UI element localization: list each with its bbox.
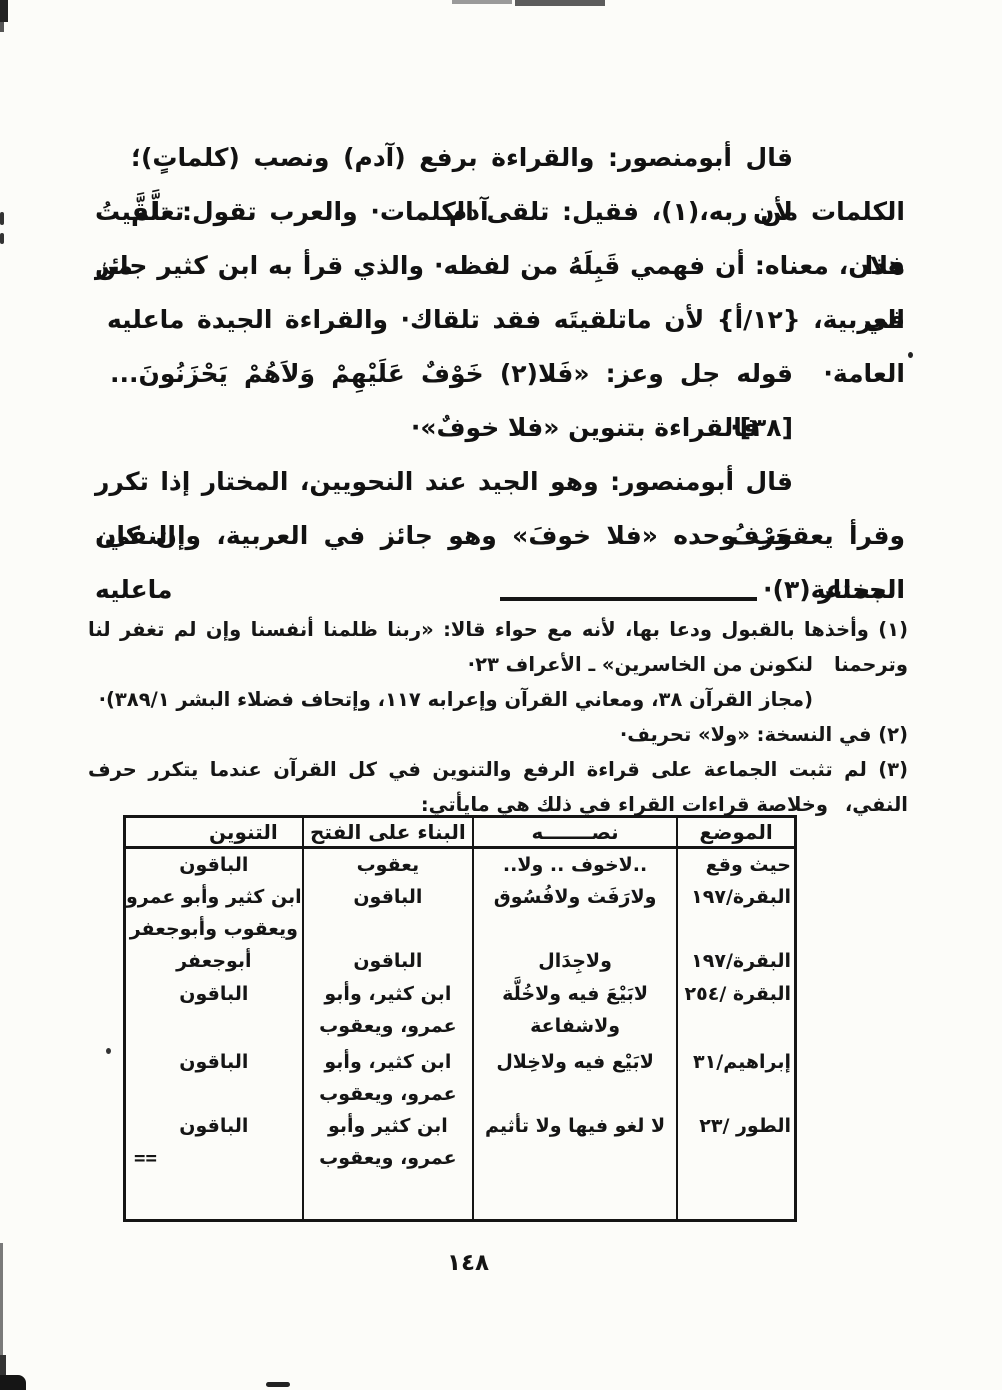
cell-line: الباقون xyxy=(304,945,472,977)
scan-artifact xyxy=(106,1048,111,1054)
text-line: قال أبومنصور: والقراءة برفع (آدم) ونصب (… xyxy=(95,131,905,185)
cell-line: الباقون xyxy=(126,1046,302,1078)
scan-artifact xyxy=(0,212,4,225)
footnote-line: لنكونن من الخاسرين» ـ الأعراف ٢٣· xyxy=(88,647,908,682)
table-column-text: نصـــــــه ..لاخوف .. ولا.. ولارَفَث ولا… xyxy=(472,818,676,1219)
cell-line: البقرة/١٩٧ xyxy=(678,881,794,913)
table-cell: ولارَفَث ولافُسُوق xyxy=(474,881,676,945)
table-cell: البقرة/١٩٧ xyxy=(678,881,794,945)
table-cell: الباقون xyxy=(126,849,302,881)
scanned-book-page: قال أبومنصور: والقراءة برفع (آدم) ونصب (… xyxy=(0,0,1002,1390)
table-cell: ابن كثير، وأبو عمرو، ويعقوب xyxy=(304,978,472,1046)
cell-line: ابن كثير، وأبو xyxy=(304,1046,472,1078)
table-cell: حيث وقع xyxy=(678,849,794,881)
table-cell: الباقون xyxy=(126,1046,302,1110)
cell-line: عمرو، ويعقوب xyxy=(304,1142,472,1174)
footnote-line: (٣) لم تثبت الجماعة على قراءة الرفع والت… xyxy=(88,752,908,787)
scan-artifact xyxy=(908,352,913,358)
text-line: الكلمات من ربه،(١)، فقيل: تلقى الكلمات· … xyxy=(95,185,905,239)
cell-line: البقرة /٢٥٤ xyxy=(678,978,794,1010)
cell-line: لابَيْعَ فيه ولاخُلَّة xyxy=(474,978,676,1010)
cell-line: الباقون xyxy=(126,978,302,1010)
table-cell: لابَيْعَ فيه ولاخُلَّة ولاشفاعة xyxy=(474,978,676,1046)
table-cell: ابن كثير، وأبو عمرو، ويعقوب xyxy=(304,1046,472,1110)
cell-line: حيث وقع xyxy=(678,849,794,881)
table-cell: يعقوب xyxy=(304,849,472,881)
cell-line: عمرو، ويعقوب xyxy=(304,1078,472,1110)
table-cell: البقرة/١٩٧ xyxy=(678,945,794,978)
cell-line: البقرة/١٩٧ xyxy=(678,945,794,977)
cell-line: الباقون xyxy=(126,1110,302,1142)
table-cell: لا لغو فيها ولا تأثيم xyxy=(474,1110,676,1219)
table-header-text: نصـــــــه xyxy=(474,818,676,849)
cell-line: ولاجِدَال xyxy=(474,945,676,977)
page-number: ١٤٨ xyxy=(438,1250,498,1276)
text-line: قال أبومنصور: وهو الجيد عند النحويين، ال… xyxy=(95,455,905,509)
footnote-line: (٢) في النسخة: «ولا» تحريف· xyxy=(88,717,908,752)
table-header-fath: البناء على الفتح xyxy=(304,818,472,849)
table-column-tanwin: التنوين الباقون ابن كثير وأبو عمرو ويعقو… xyxy=(126,818,302,1219)
table-cell: الباقون xyxy=(126,978,302,1046)
cell-line: ..لاخوف .. ولا.. xyxy=(474,849,676,881)
table-cell: لابَيْع فيه ولاخِلال xyxy=(474,1046,676,1110)
scan-artifact xyxy=(0,0,8,22)
table-cell: ولاجِدَال xyxy=(474,945,676,978)
cell-line: ولارَفَث ولافُسُوق xyxy=(474,881,676,913)
qiraat-table: الموضع حيث وقع البقرة/١٩٧ البقرة/١٩٧ الب… xyxy=(123,815,797,1222)
table-cell: الباقون xyxy=(304,945,472,978)
cell-line: ابن كثير وأبو xyxy=(304,1110,472,1142)
table-cell: ابن كثير وأبو عمرو، ويعقوب xyxy=(304,1110,472,1219)
scan-artifact xyxy=(515,0,605,6)
verse-line: قوله جل وعز: «فَلا(٢) خَوْفٌ عَلَيْهِمْ … xyxy=(95,347,905,401)
table-cell: أبوجعفر xyxy=(126,945,302,978)
table-cell: ابن كثير وأبو عمرو ويعقوب وأبوجعفر xyxy=(126,881,302,945)
cell-line: ابن كثير، وأبو xyxy=(304,978,472,1010)
cell-line: الباقون xyxy=(126,849,302,881)
cell-line: يعقوب xyxy=(304,849,472,881)
table-cell: الباقون xyxy=(304,881,472,945)
table-column-fath: البناء على الفتح يعقوب الباقون الباقون ا… xyxy=(302,818,472,1219)
table-cell: إبراهيم/٣١ xyxy=(678,1046,794,1110)
table-cell: الطور /٢٣ xyxy=(678,1110,794,1219)
scan-artifact xyxy=(452,0,512,4)
cell-line: ويعقوب وأبوجعفر xyxy=(126,913,302,945)
main-text-block: قال أبومنصور: والقراءة برفع (آدم) ونصب (… xyxy=(95,131,905,617)
scan-artifact xyxy=(0,22,4,32)
cell-line: ابن كثير وأبو عمرو xyxy=(126,881,302,913)
footnote-line: (١) وأخذها بالقبول ودعا بها، لأنه مع حوا… xyxy=(88,612,908,647)
footnote-separator xyxy=(500,597,757,601)
footnote-reference-line: (مجاز القرآن ٣٨، ومعاني القرآن وإعرابه ١… xyxy=(88,682,908,717)
text-line: وقرأ يعقوب وحده «فلا خوفَ» وهو جائز في ا… xyxy=(95,509,905,563)
cell-line: إبراهيم/٣١ xyxy=(678,1046,794,1078)
cell-line: الباقون xyxy=(304,881,472,913)
table-cell: الباقون == xyxy=(126,1110,302,1219)
scan-artifact xyxy=(266,1382,290,1387)
text-line-folio-marker: العربية، ⁦{١٢/أ}⁩ لأن ماتلقيتَه فقد تلقا… xyxy=(95,293,905,347)
cell-line: أبوجعفر xyxy=(126,945,302,977)
cell-line: لابَيْع فيه ولاخِلال xyxy=(474,1046,676,1078)
continuation-mark: == xyxy=(126,1142,302,1174)
cell-line: عمرو، ويعقوب xyxy=(304,1010,472,1042)
table-column-place: الموضع حيث وقع البقرة/١٩٧ البقرة/١٩٧ الب… xyxy=(676,818,794,1219)
table-header-tanwin: التنوين xyxy=(126,818,302,849)
text-line: فلان، معناه: أن فهمي قَبِلَهُ من لفظه· و… xyxy=(95,239,905,293)
table-cell: البقرة /٢٥٤ xyxy=(678,978,794,1046)
cell-line: ولاشفاعة xyxy=(474,1010,676,1042)
cell-line: لا لغو فيها ولا تأثيم xyxy=(474,1110,676,1142)
scan-artifact xyxy=(0,233,4,244)
footnotes-block: (١) وأخذها بالقبول ودعا بها، لأنه مع حوا… xyxy=(88,612,908,822)
scan-artifact xyxy=(0,1375,26,1390)
table-cell: ..لاخوف .. ولا.. xyxy=(474,849,676,881)
table-header-place: الموضع xyxy=(678,818,794,849)
cell-line: الطور /٢٣ xyxy=(678,1110,794,1142)
